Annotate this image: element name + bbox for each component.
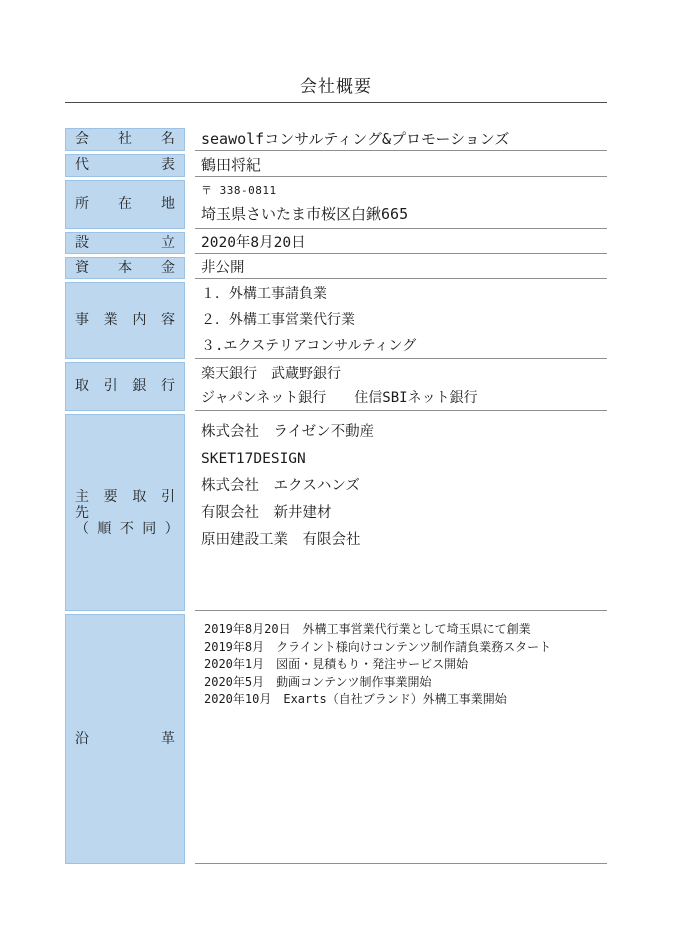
- label-text: 設 立: [75, 235, 175, 252]
- company-overview-document: 会社概要 会 社 名 seawolfコンサルティング&プロモーションズ 代 表 …: [65, 0, 607, 867]
- table-row-address: 所 在 地 〒 338-0811 埼玉県さいたま市桜区白鍬665: [65, 180, 607, 229]
- history-entry-2: 2019年8月 クライント様向けコンテンツ制作請負業務スタート: [204, 639, 607, 657]
- row-label-address: 所 在 地: [65, 180, 185, 229]
- address-text: 埼玉県さいたま市桜区白鍬665: [201, 205, 607, 223]
- row-label-business: 事 業 内 容: [65, 282, 185, 359]
- table-row-banks: 取 引 銀 行 楽天銀行 武蔵野銀行 ジャパンネット銀行 住信SBIネット銀行: [65, 362, 607, 411]
- row-value-banks: 楽天銀行 武蔵野銀行 ジャパンネット銀行 住信SBIネット銀行: [195, 362, 607, 411]
- row-label-banks: 取 引 銀 行: [65, 362, 185, 411]
- table-row-company-name: 会 社 名 seawolfコンサルティング&プロモーションズ: [65, 128, 607, 151]
- client-5: 原田建設工業 有限会社: [201, 527, 607, 554]
- business-item-1: １．外構工事請負業: [201, 281, 607, 307]
- table-row-capital: 資 本 金 非公開: [65, 257, 607, 279]
- label-text: 資 本 金: [75, 260, 175, 277]
- label-text-line1: 主 要 取 引 先: [75, 489, 175, 521]
- table-row-established: 設 立 2020年8月20日: [65, 232, 607, 254]
- label-text: 会 社 名: [75, 131, 175, 148]
- row-value-major-clients: 株式会社 ライゼン不動産 SKET17DESIGN 株式会社 エクスハンズ 有限…: [195, 414, 607, 611]
- table-row-representative: 代 表 鶴田将紀: [65, 154, 607, 177]
- history-entry-5: 2020年10月 Exarts（自社ブランド）外構工事業開始: [204, 691, 607, 709]
- history-entry-3: 2020年1月 図面・見積もり・発注サービス開始: [204, 656, 607, 674]
- client-1: 株式会社 ライゼン不動産: [201, 419, 607, 446]
- row-value-address: 〒 338-0811 埼玉県さいたま市桜区白鍬665: [195, 180, 607, 229]
- page-title: 会社概要: [65, 76, 607, 98]
- business-item-3: ３.エクステリアコンサルティング: [201, 333, 607, 359]
- row-value-business: １．外構工事請負業 ２．外構工事営業代行業 ３.エクステリアコンサルティング: [195, 282, 607, 359]
- client-2: SKET17DESIGN: [201, 446, 607, 473]
- row-label-representative: 代 表: [65, 154, 185, 177]
- label-text: 所 在 地: [75, 196, 175, 213]
- banks-line-1: 楽天銀行 武蔵野銀行: [201, 362, 607, 386]
- row-value-capital: 非公開: [195, 257, 607, 279]
- table-row-history: 沿 革 2019年8月20日 外構工事営業代行業として埼玉県にて創業 2019年…: [65, 614, 607, 864]
- row-value-history: 2019年8月20日 外構工事営業代行業として埼玉県にて創業 2019年8月 ク…: [195, 614, 607, 864]
- row-value-company-name: seawolfコンサルティング&プロモーションズ: [195, 128, 607, 151]
- value-text: 非公開: [201, 259, 607, 277]
- row-value-representative: 鶴田将紀: [195, 154, 607, 177]
- banks-line-2: ジャパンネット銀行 住信SBIネット銀行: [201, 386, 607, 410]
- history-entry-1: 2019年8月20日 外構工事営業代行業として埼玉県にて創業: [204, 621, 607, 639]
- client-3: 株式会社 エクスハンズ: [201, 473, 607, 500]
- company-table: 会 社 名 seawolfコンサルティング&プロモーションズ 代 表 鶴田将紀 …: [65, 128, 607, 864]
- client-4: 有限会社 新井建材: [201, 500, 607, 527]
- label-text: 代 表: [75, 157, 175, 174]
- row-value-established: 2020年8月20日: [195, 232, 607, 254]
- business-item-2: ２．外構工事営業代行業: [201, 307, 607, 333]
- value-text: 2020年8月20日: [201, 234, 607, 252]
- value-text: seawolfコンサルティング&プロモーションズ: [201, 130, 607, 148]
- history-entry-4: 2020年5月 動画コンテンツ制作事業開始: [204, 674, 607, 692]
- row-label-capital: 資 本 金: [65, 257, 185, 279]
- table-row-business: 事 業 内 容 １．外構工事請負業 ２．外構工事営業代行業 ３.エクステリアコン…: [65, 282, 607, 359]
- row-label-company-name: 会 社 名: [65, 128, 185, 151]
- title-underline: [65, 102, 607, 103]
- postal-code: 〒 338-0811: [201, 185, 607, 197]
- label-text: 事 業 内 容: [75, 312, 175, 329]
- label-text: 沿 革: [75, 731, 175, 748]
- label-text-line2: （ 順 不 同 ）: [75, 521, 175, 537]
- row-label-established: 設 立: [65, 232, 185, 254]
- row-label-history: 沿 革: [65, 614, 185, 864]
- table-row-major-clients: 主 要 取 引 先 （ 順 不 同 ） 株式会社 ライゼン不動産 SKET17D…: [65, 414, 607, 611]
- value-text: 鶴田将紀: [201, 156, 607, 174]
- row-label-major-clients: 主 要 取 引 先 （ 順 不 同 ）: [65, 414, 185, 611]
- label-text: 取 引 銀 行: [75, 378, 175, 395]
